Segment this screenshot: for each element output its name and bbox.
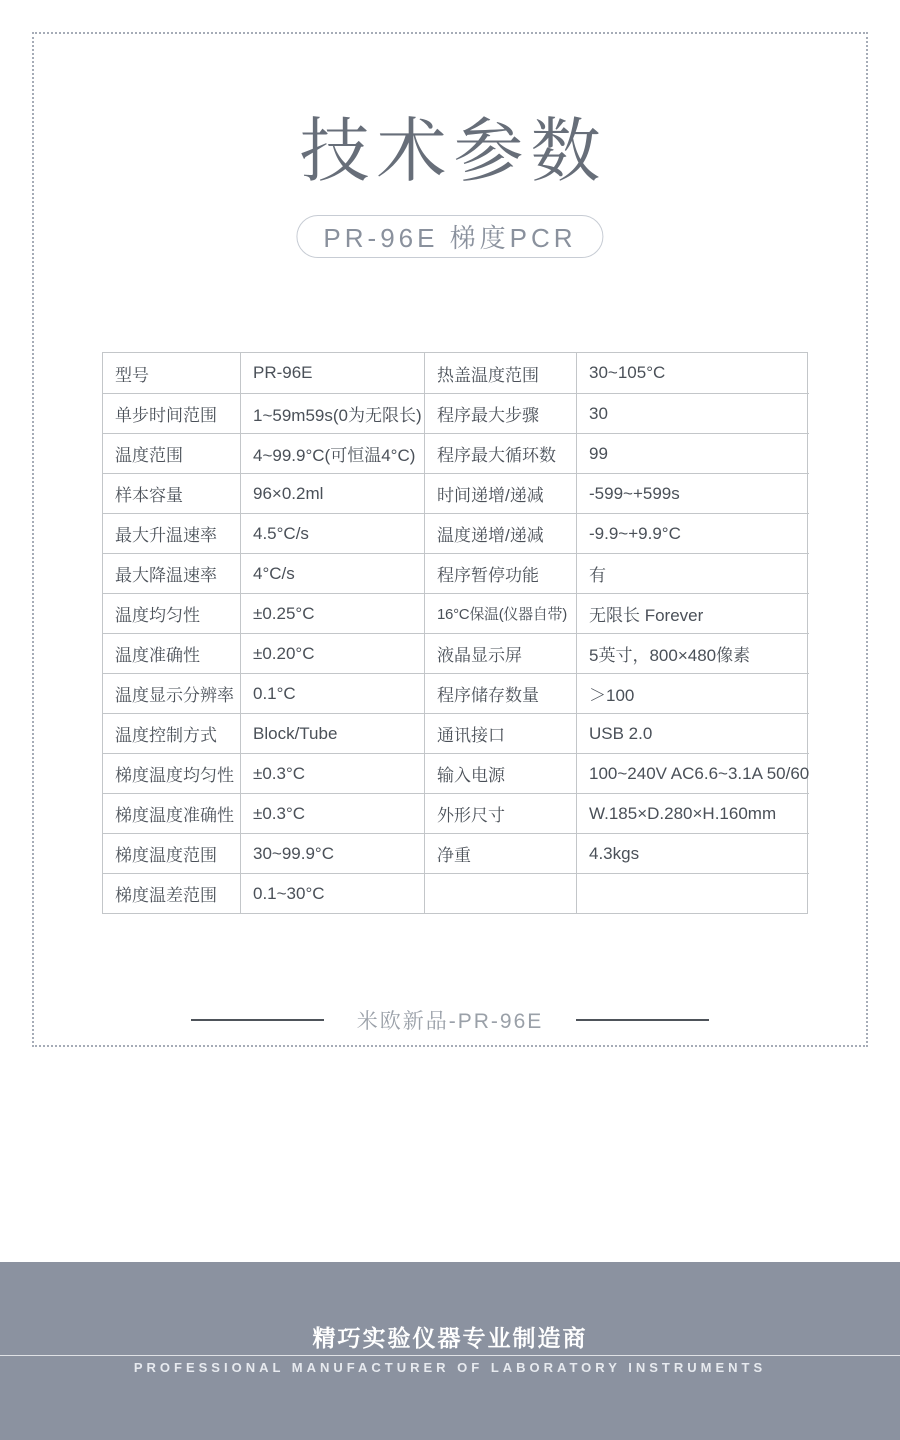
spec-value: 有	[576, 553, 809, 593]
spec-value: -599~+599s	[576, 473, 809, 513]
spec-value: 无限长 Forever	[576, 593, 809, 633]
banner-title: 精巧实验仪器专业制造商	[0, 1326, 900, 1351]
spec-label: 时间递增/递减	[424, 473, 576, 513]
spec-value: 99	[576, 433, 809, 473]
product-badge-label: PR-96E 梯度PCR	[323, 218, 576, 255]
spec-label: 温度递增/递减	[424, 513, 576, 553]
spec-value: 100~240V AC6.6~3.1A 50/60Hz	[576, 753, 809, 793]
spec-value: ±0.20°C	[240, 633, 424, 673]
caption-rule-left	[191, 1019, 324, 1021]
spec-value: 4°C/s	[240, 553, 424, 593]
spec-value: 5英寸，800×480像素	[576, 633, 809, 673]
spec-label: 单步时间范围	[103, 393, 240, 433]
spec-value: 1~59m59s(0为无限长)	[240, 393, 424, 433]
spec-sheet-page: 技术参数 PR-96E 梯度PCR 型号 PR-96E 热盖温度范围 30~10…	[0, 0, 900, 1440]
spec-label: 液晶显示屏	[424, 633, 576, 673]
spec-label: 热盖温度范围	[424, 353, 576, 393]
page-title: 技术参数	[0, 116, 900, 186]
spec-label: 最大升温速率	[103, 513, 240, 553]
spec-label: 样本容量	[103, 473, 240, 513]
spec-value: 30~99.9°C	[240, 833, 424, 873]
spec-label: 温度显示分辨率	[103, 673, 240, 713]
spec-value: ±0.25°C	[240, 593, 424, 633]
product-badge: PR-96E 梯度PCR	[296, 215, 603, 258]
spec-value: 4.5°C/s	[240, 513, 424, 553]
spec-value: 0.1°C	[240, 673, 424, 713]
spec-label: 温度控制方式	[103, 713, 240, 753]
spec-label: 梯度温度范围	[103, 833, 240, 873]
spec-label: 通讯接口	[424, 713, 576, 753]
banner-divider	[0, 1355, 900, 1356]
spec-label: 输入电源	[424, 753, 576, 793]
spec-label	[424, 873, 576, 913]
spec-label: 梯度温度均匀性	[103, 753, 240, 793]
spec-value: 30~105°C	[576, 353, 809, 393]
spec-value: USB 2.0	[576, 713, 809, 753]
spec-label: 外形尺寸	[424, 793, 576, 833]
caption-rule-right	[576, 1019, 709, 1021]
spec-value: ＞100	[576, 673, 809, 713]
spec-value: PR-96E	[240, 353, 424, 393]
spec-label: 梯度温度准确性	[103, 793, 240, 833]
spec-label: 程序最大步骤	[424, 393, 576, 433]
spec-value	[576, 873, 809, 913]
footer-caption: 米欧新品-PR-96E	[32, 1002, 868, 1038]
spec-table: 型号 PR-96E 热盖温度范围 30~105°C 单步时间范围 1~59m59…	[102, 352, 808, 914]
spec-label: 温度均匀性	[103, 593, 240, 633]
spec-label: 程序暂停功能	[424, 553, 576, 593]
spec-label: 净重	[424, 833, 576, 873]
spec-label: 程序储存数量	[424, 673, 576, 713]
spec-label: 16°C保温(仪器自带)	[424, 593, 576, 633]
caption-text: 米欧新品-PR-96E	[357, 1005, 544, 1035]
spec-value: W.185×D.280×H.160mm	[576, 793, 809, 833]
spec-label: 梯度温差范围	[103, 873, 240, 913]
spec-value: ±0.3°C	[240, 753, 424, 793]
spec-value: 30	[576, 393, 809, 433]
spec-value: 96×0.2ml	[240, 473, 424, 513]
spec-label: 温度准确性	[103, 633, 240, 673]
spec-label: 最大降温速率	[103, 553, 240, 593]
spec-label: 温度范围	[103, 433, 240, 473]
spec-label: 型号	[103, 353, 240, 393]
spec-value: 4.3kgs	[576, 833, 809, 873]
spec-value: Block/Tube	[240, 713, 424, 753]
spec-value: -9.9~+9.9°C	[576, 513, 809, 553]
spec-value: ±0.3°C	[240, 793, 424, 833]
brand-banner: 精巧实验仪器专业制造商 PROFESSIONAL MANUFACTURER OF…	[0, 1262, 900, 1440]
banner-subtitle: PROFESSIONAL MANUFACTURER OF LABORATORY …	[0, 1360, 900, 1375]
spec-value: 4~99.9°C(可恒温4°C)	[240, 433, 424, 473]
spec-value: 0.1~30°C	[240, 873, 424, 913]
spec-label: 程序最大循环数	[424, 433, 576, 473]
